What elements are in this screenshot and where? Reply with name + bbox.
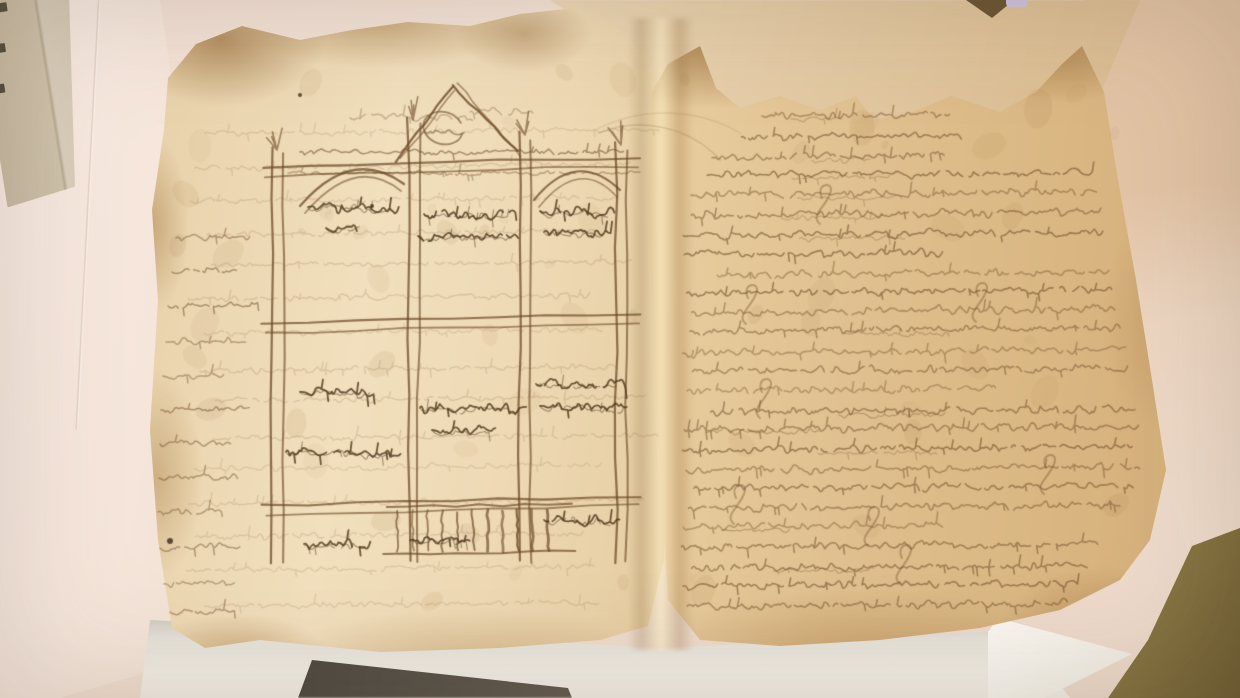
manuscript-photo [0, 0, 1240, 698]
scale-marker [0, 43, 6, 53]
manuscript-left-page-retablo-sketch [140, 0, 680, 662]
clip-fragment [1006, 0, 1028, 7]
manuscript-right-page-text [640, 30, 1180, 660]
scale-marker [0, 2, 8, 12]
scale-marker [0, 84, 5, 94]
page-fold-gutter [628, 18, 694, 650]
